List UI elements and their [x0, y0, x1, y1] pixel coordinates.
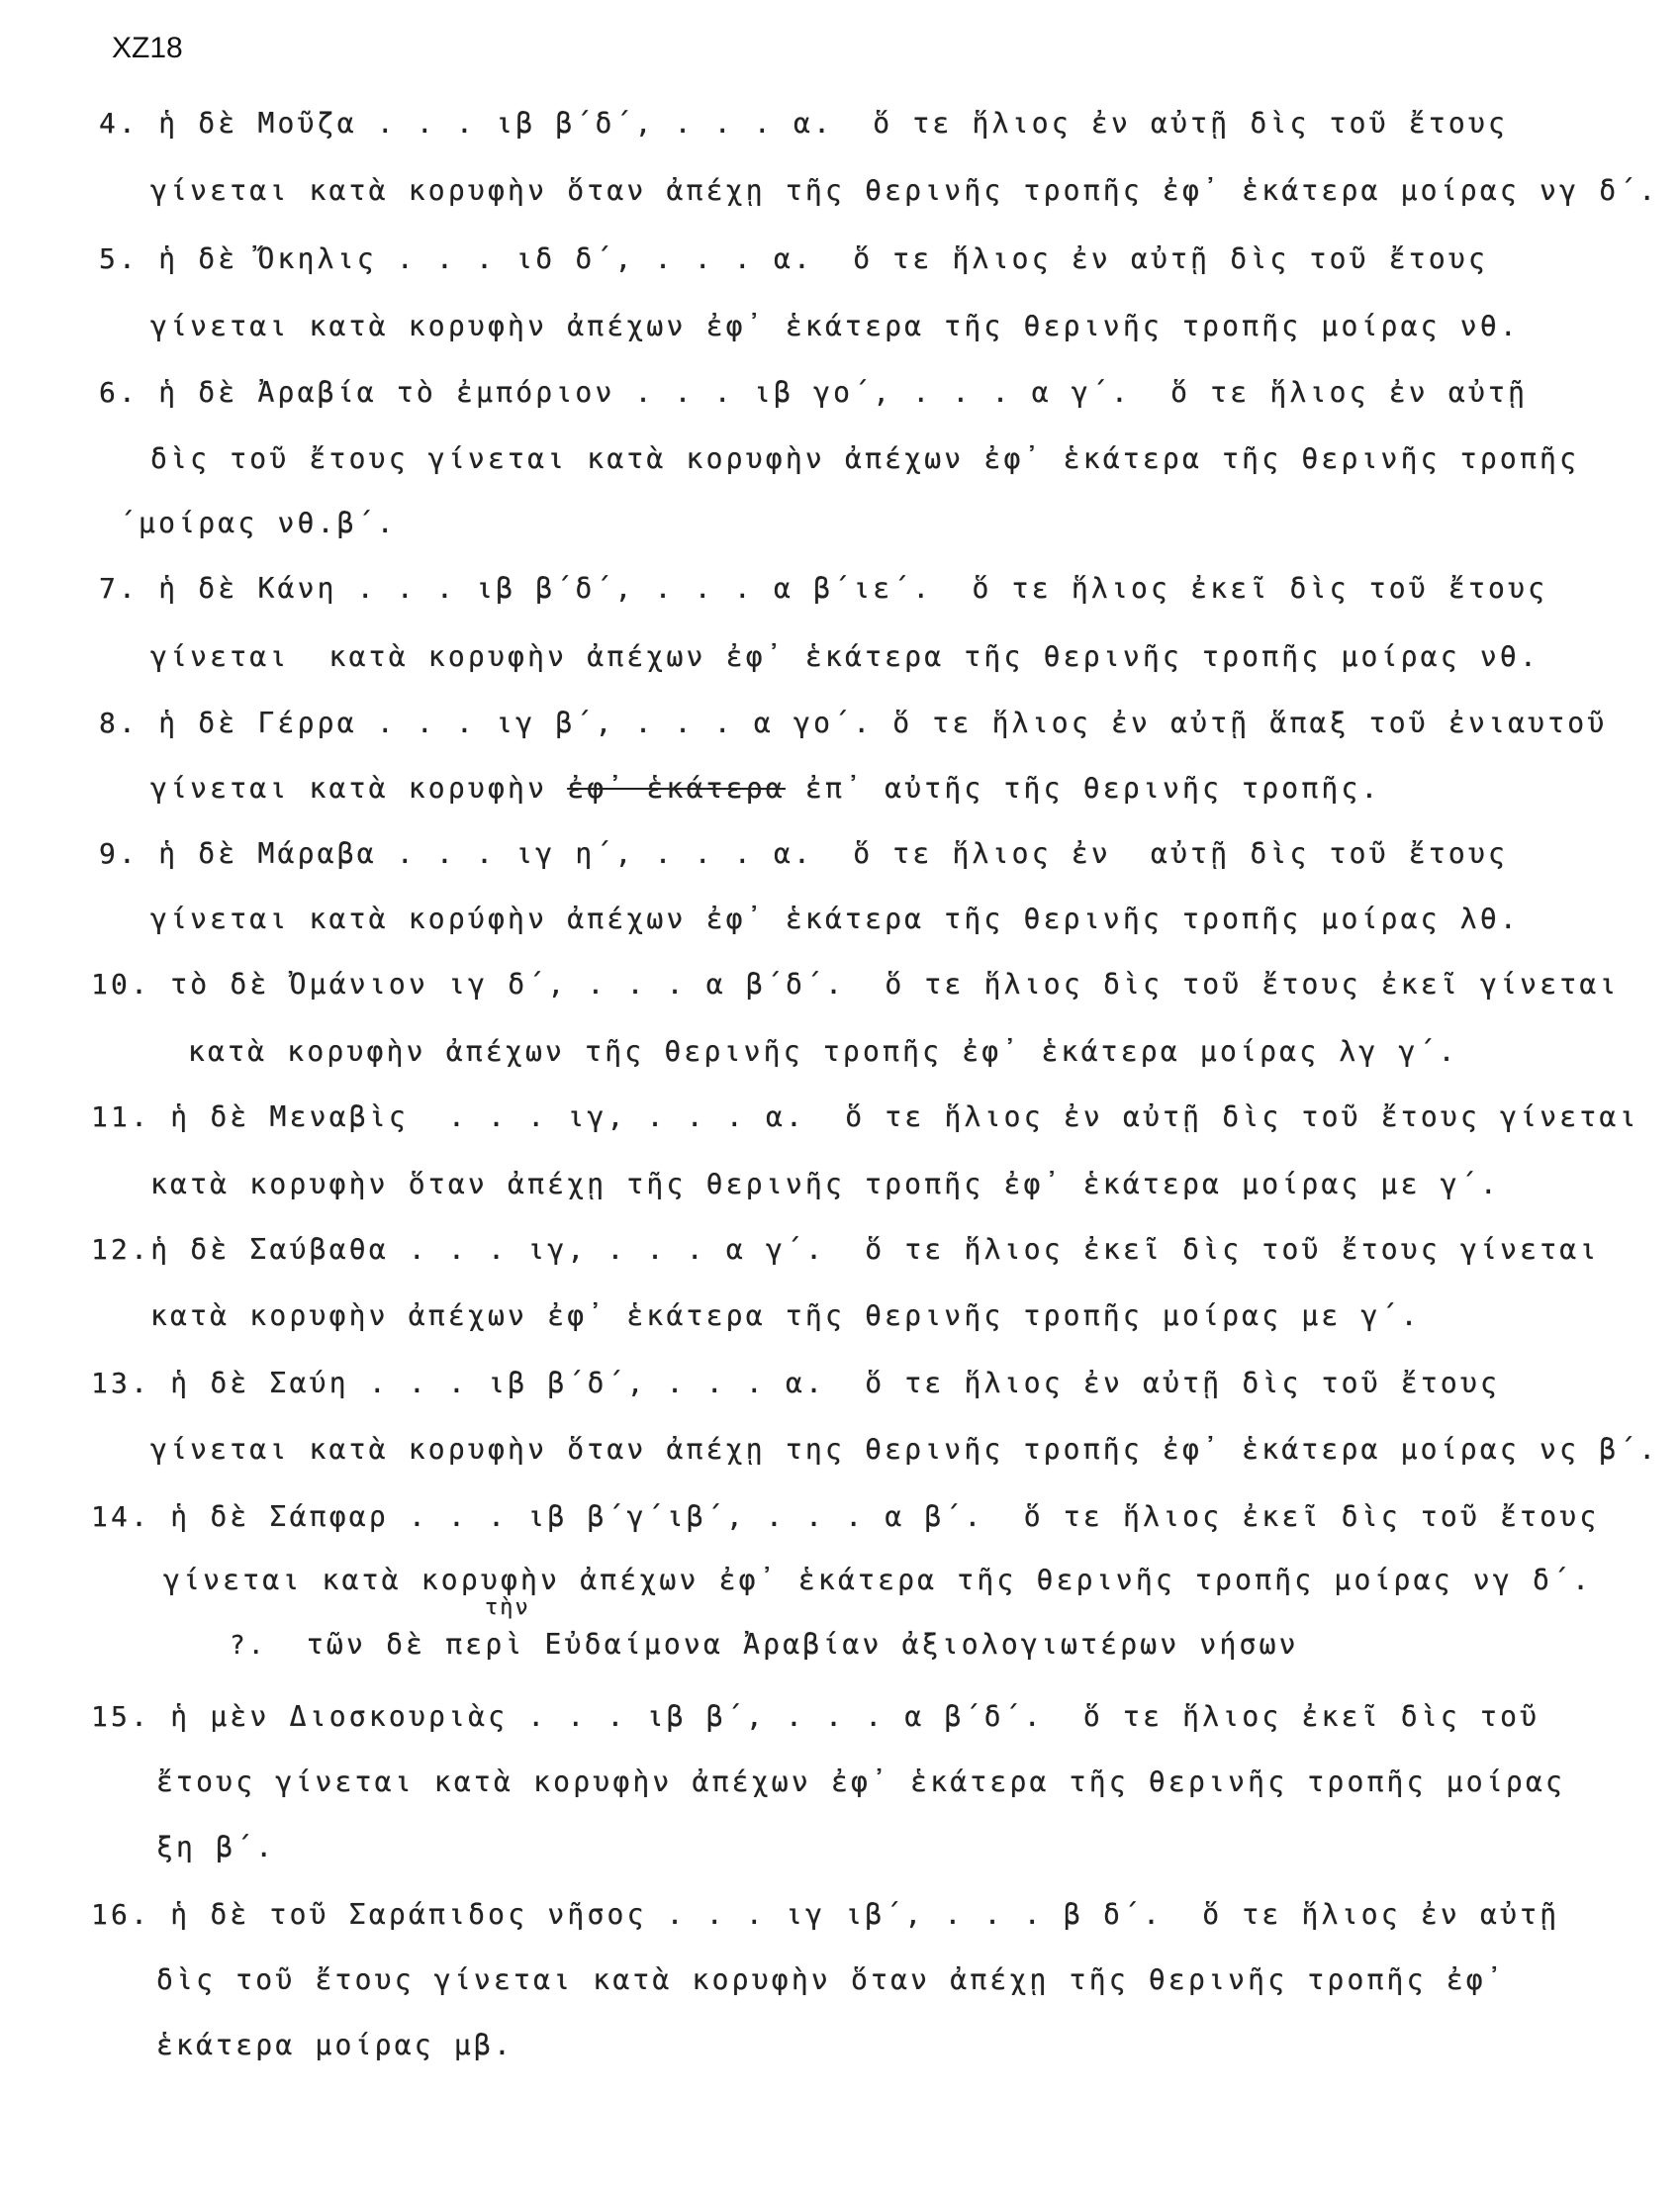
entry-16-line-2: δὶς τοῦ ἔτους γίνεται κατὰ κορυφὴν ὅταν …: [156, 1963, 1506, 1996]
entry-6-line-1: 6. ἡ δὲ Ἀραβία τὸ ἐμπόριον . . . ιβ γο΄,…: [99, 376, 1528, 409]
entry-10-line-1: 10. τὸ δὲ Ὀμάνιον ιγ δ΄, . . . α β΄δ΄. ὅ…: [91, 968, 1619, 1001]
entry-16-line-3: ἑκάτερα μοίρας μβ.: [156, 2029, 513, 2061]
entry-12-line-2: κατὰ κορυφὴν ἀπέχων ἐφ᾽ ἑκάτερα τῆς θερι…: [150, 1299, 1421, 1332]
entry-12-line-1: 12.ἡ δὲ Σαύβαθα . . . ιγ, . . . α γ΄. ὅ …: [91, 1233, 1599, 1266]
entry-15-line-1: 15. ἡ μὲν Διοσκουριὰς . . . ιβ β΄, . . .…: [91, 1700, 1540, 1733]
entry-4-line-2: γίνεται κατὰ κορυφὴν ὅταν ἀπέχῃ τῆς θερι…: [150, 174, 1658, 207]
entry-7-line-1: 7. ἡ δὲ Κάνη . . . ιβ β΄δ΄, . . . α β΄ιε…: [99, 572, 1547, 605]
entry-14-line-2: γίνεται κατὰ κορυφὴν ἀπέχων ἐφ᾽ ἑκάτερα …: [163, 1564, 1592, 1596]
entry-5-line-1: 5. ἡ δὲ Ὄκηλις . . . ιδ δ΄, . . . α. ὅ τ…: [99, 242, 1488, 275]
entry-8-line-2: γίνεται κατὰ κορυφὴν ἐφ᾽ ἑκάτερα ἐπ᾽ αὐτ…: [150, 772, 1381, 805]
entry-9-line-1: 9. ἡ δὲ Μάραβα . . . ιγ η΄, . . . α. ὅ τ…: [99, 837, 1508, 870]
entry-13-line-1: 13. ἡ δὲ Σαύη . . . ιβ β΄δ΄, . . . α. ὅ …: [91, 1367, 1500, 1399]
entry-5-line-2: γίνεται κατὰ κορυφὴν ἀπέχων ἐφ᾽ ἑκάτερα …: [150, 310, 1520, 342]
entry-15-line-2: ἔτους γίνεται κατὰ κορυφὴν ἀπέχων ἐφ᾽ ἑκ…: [156, 1765, 1565, 1798]
entry-14-line-1: 14. ἡ δὲ Σάπφαρ . . . ιβ β΄γ΄ιβ΄, . . . …: [91, 1500, 1599, 1533]
struck-text: ἐφ᾽ ἑκάτερα: [567, 772, 786, 805]
entry-13-line-2: γίνεται κατὰ κορυφὴν ὅταν ἀπέχῃ της θερι…: [150, 1433, 1658, 1466]
page-label: XZ18: [112, 32, 183, 65]
entry-9-line-2: γίνεται κατὰ κορύφὴν ἀπέχων ἐφ᾽ ἑκάτερα …: [150, 903, 1520, 935]
entry-11-line-1: 11. ἡ δὲ Μεναβὶς . . . ιγ, . . . α. ὅ τε…: [91, 1100, 1639, 1133]
margin-mark: ?.: [230, 1631, 267, 1661]
entry-4-line-1: 4. ἡ δὲ Μοῦζα . . . ιβ β΄δ΄, . . . α. ὅ …: [99, 107, 1508, 140]
section-heading: ?. τῶν δὲ περὶ Εὐδαίμονα Ἀραβίαν ἀξιολογ…: [230, 1628, 1299, 1661]
entry-6-line-2: δὶς τοῦ ἔτους γίνεται κατὰ κορυφὴν ἀπέχω…: [150, 442, 1579, 475]
entry-8-line-1: 8. ἡ δὲ Γέρρα . . . ιγ β΄, . . . α γο΄. …: [99, 707, 1607, 739]
entry-16-line-1: 16. ἡ δὲ τοῦ Σαράπιδος νῆσος . . . ιγ ιβ…: [91, 1898, 1559, 1931]
entry-15-line-3: ξη β΄.: [156, 1831, 275, 1863]
entry-7-line-2: γίνεται κατὰ κορυφὴν ἀπέχων ἐφ᾽ ἑκάτερα …: [150, 640, 1540, 673]
entry-6-line-3: ΄μοίρας νθ.β΄.: [119, 507, 397, 539]
entry-11-line-2: κατὰ κορυφὴν ὅταν ἀπέχῃ τῆς θερινῆς τροπ…: [150, 1168, 1500, 1200]
entry-10-line-2: κατὰ κορυφὴν ἀπέχων τῆς θερινῆς τροπῆς ἐ…: [188, 1035, 1458, 1068]
typed-insertion: τὴν: [485, 1595, 530, 1620]
